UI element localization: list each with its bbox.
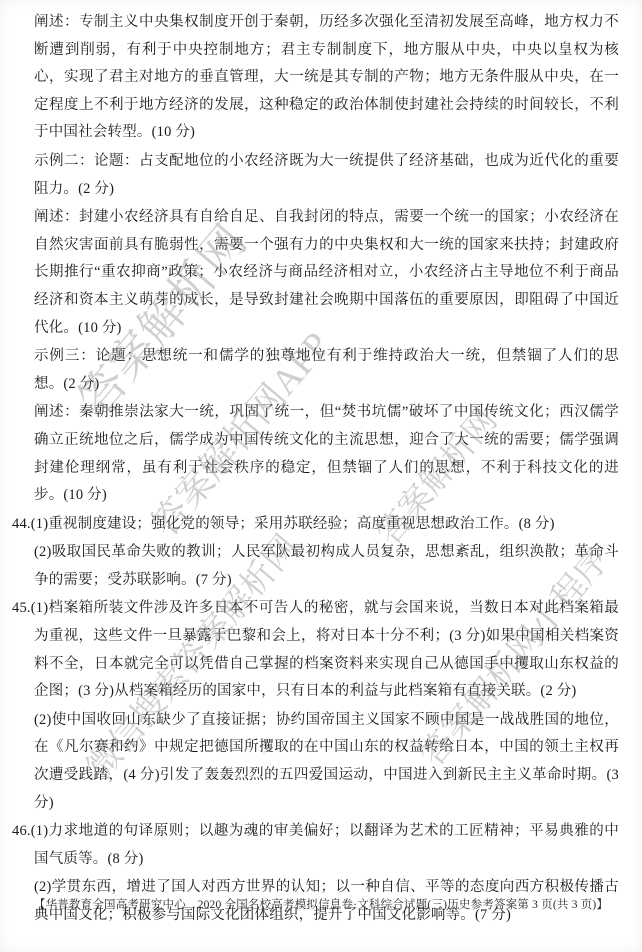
footer-text: 【华普教育全国高考研究中心 2020 全国名校高考模拟信息卷·文科综合试题(三)… <box>34 899 608 911</box>
answer-paragraph: 45.(1)档案箱所装文件涉及许多日本不可告人的秘密，就与会国来说，当数日本对此… <box>34 595 619 705</box>
answer-paragraph: 46.(1)力求地道的句译原则；以趣为魂的审美偏好；以翻译为艺术的工匠精神；平易… <box>34 818 619 873</box>
page-footer: 【华普教育全国高考研究中心 2020 全国名校高考模拟信息卷·文科综合试题(三)… <box>0 896 642 912</box>
answer-paragraph: 44.(1)重视制度建设；强化党的领导；采用苏联经验；高度重视思想政治工作。(8… <box>34 511 619 539</box>
answer-paragraph: 阐述：封建小农经济具有自给自足、自我封闭的特点，需要一个统一的国家；小农经济在自… <box>34 204 619 342</box>
answer-paragraph: (2)使中国收回山东缺少了直接证据；协约国帝国主义国家不顾中国是一战战胜国的地位… <box>34 707 619 817</box>
answers-text: 阐述：专制主义中央集权制度开创于秦朝，历经多次强化至清初发展至高峰，地方权力不断… <box>12 9 619 931</box>
answer-paragraph: (2)吸取国民革命失败的教训；人民军队最初构成人员复杂，思想紊乱，组织涣散；革命… <box>34 539 619 594</box>
answer-paragraph: 阐述：秦朝推崇法家大一统，巩固了统一，但“焚书坑儒”破坏了中国传统文化；西汉儒学… <box>34 399 619 509</box>
answer-paragraph: 示例三：论题：思想统一和儒学的独尊地位有利于维持政治大一统，但禁锢了人们的思想。… <box>34 343 619 398</box>
answer-paragraph: 阐述：专制主义中央集权制度开创于秦朝，历经多次强化至清初发展至高峰，地方权力不断… <box>34 9 619 147</box>
scanned-answer-page: 阐述：专制主义中央集权制度开创于秦朝，历经多次强化至清初发展至高峰，地方权力不断… <box>0 0 642 952</box>
answer-paragraph: 示例二：论题：占支配地位的小农经济既为大一统提供了经济基础，也成为近代化的重要阻… <box>34 148 619 203</box>
